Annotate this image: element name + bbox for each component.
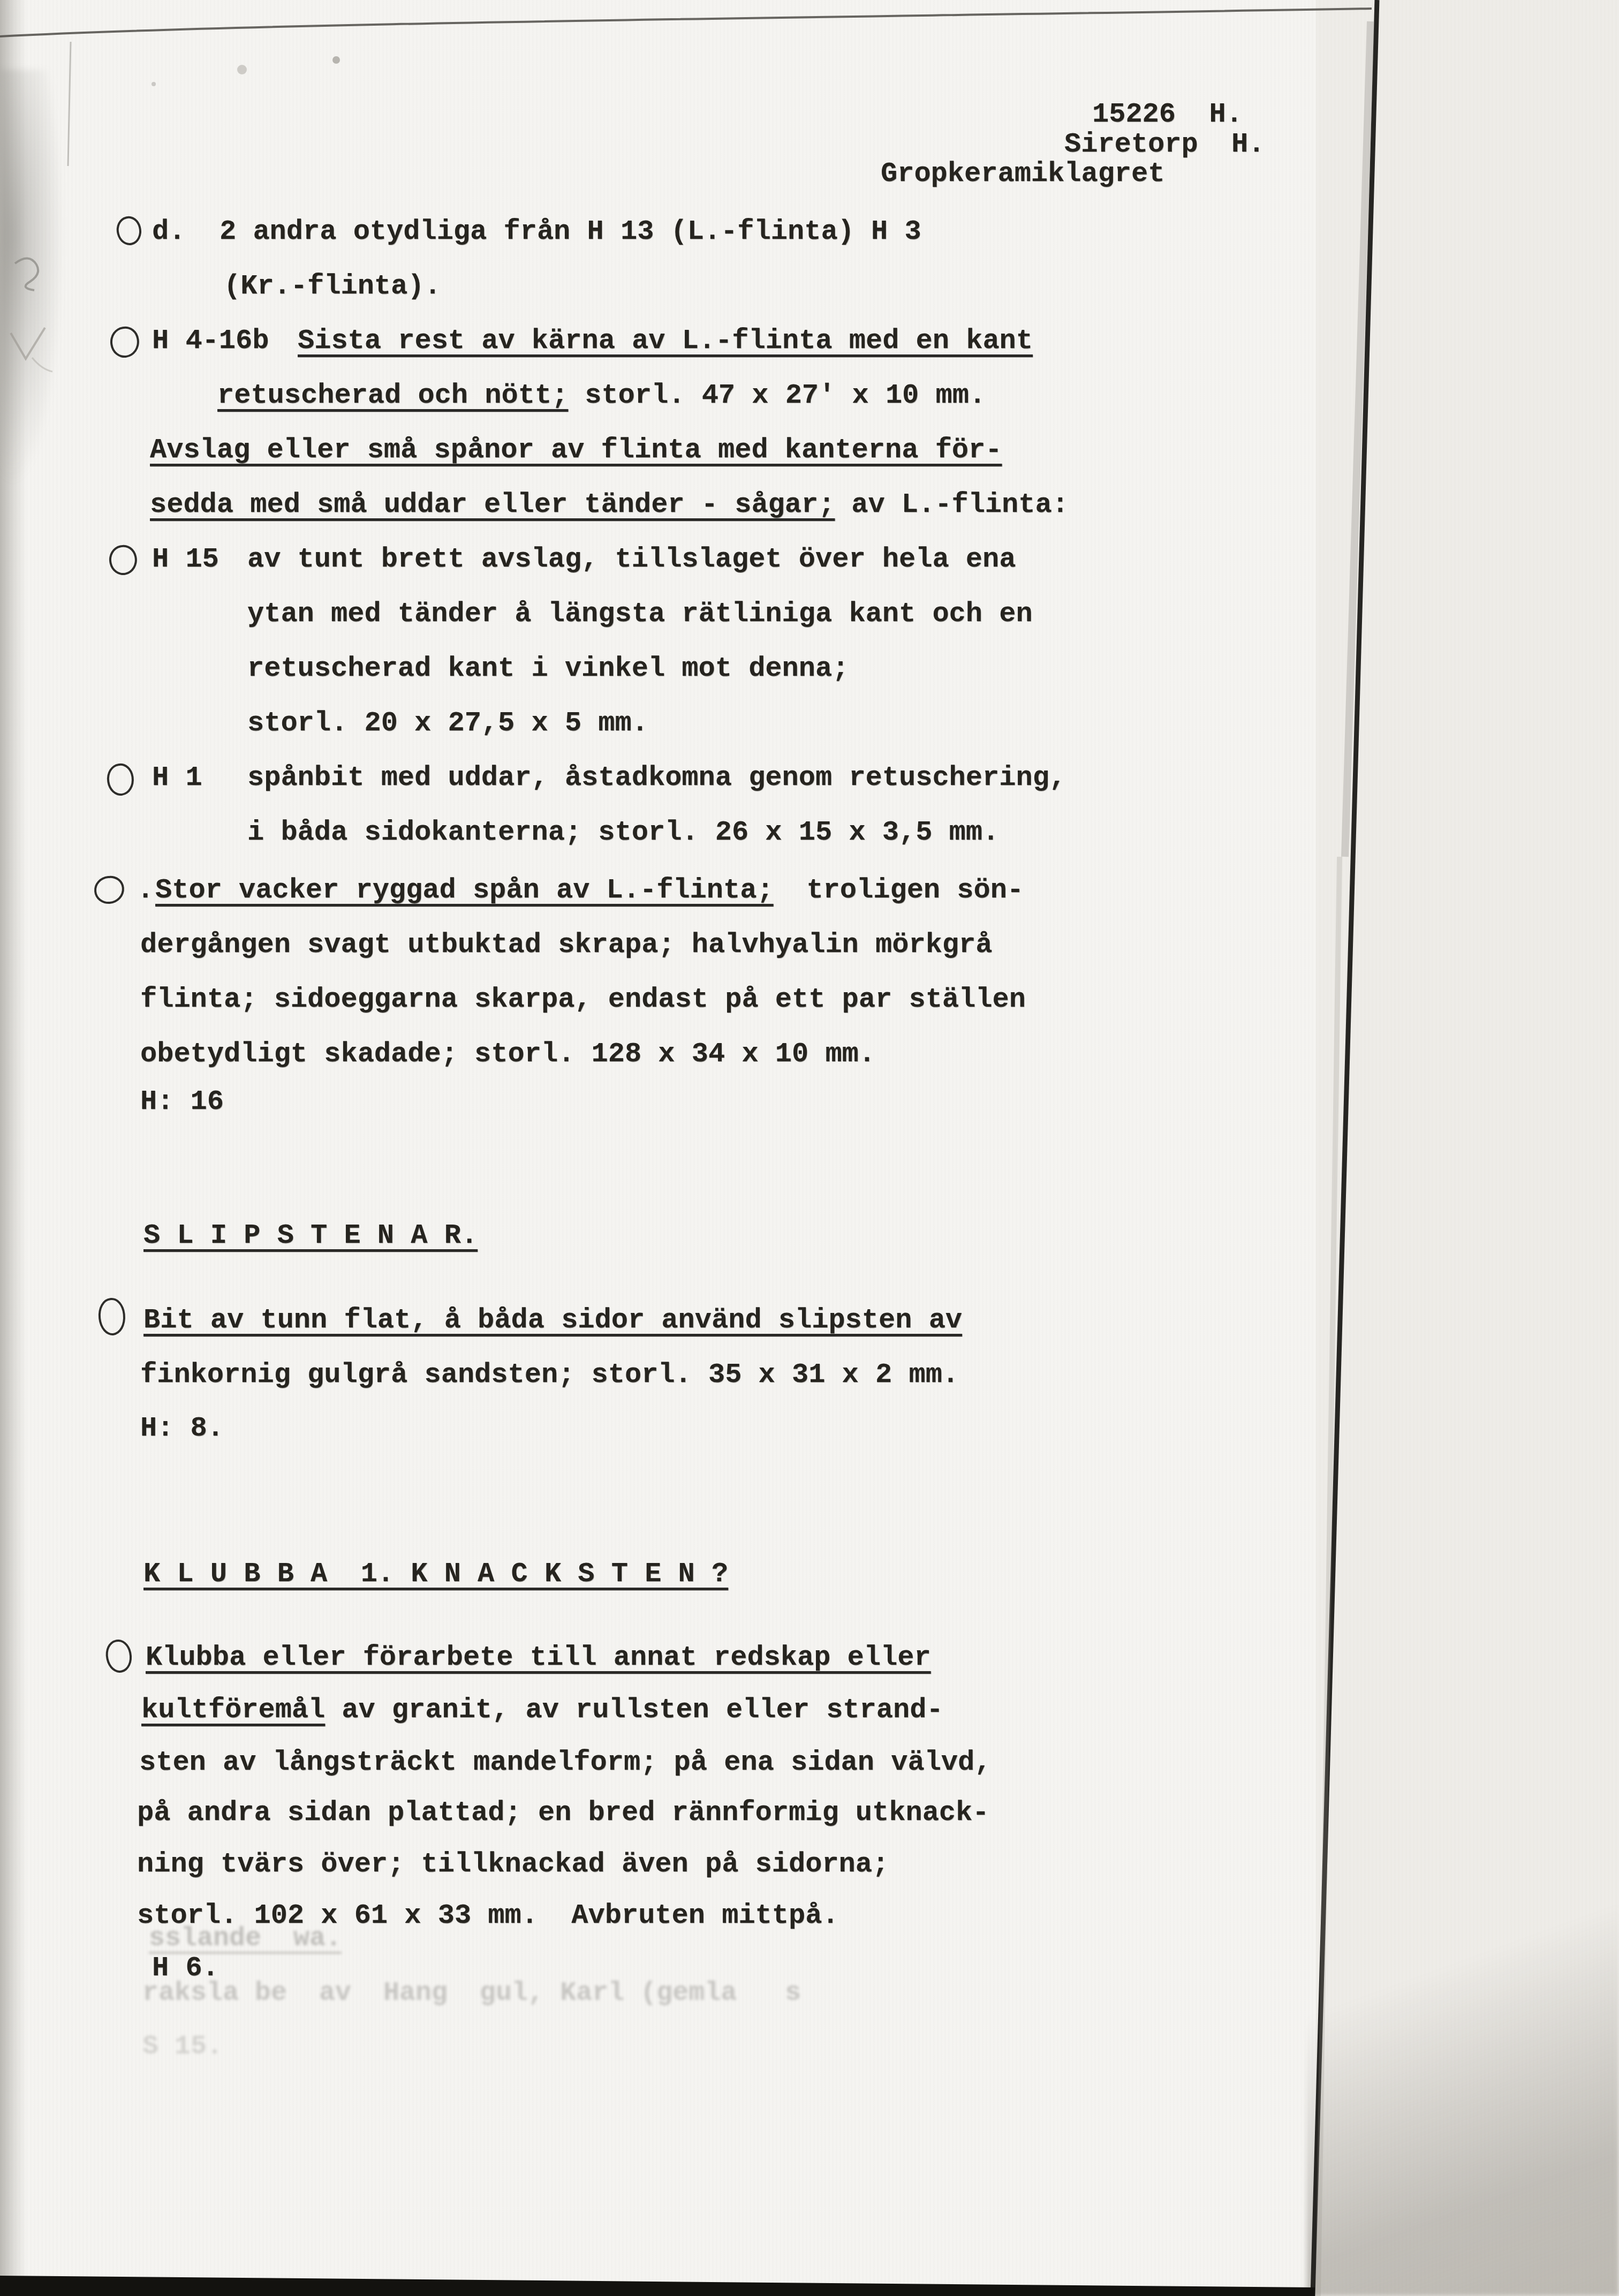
pencil-mark <box>15 258 38 290</box>
scanned-document-page: 15226 H. Siretorp H. Gropkeramiklagret d… <box>0 0 1619 2296</box>
pencil-mark <box>32 358 52 372</box>
pencil-mark <box>11 328 45 359</box>
page-right-edge-fringe <box>1318 857 1340 2296</box>
paper-speck <box>332 56 340 64</box>
paper-speck <box>152 82 156 86</box>
scan-artifacts-overlay <box>0 0 1619 2296</box>
scan-top-edge-line <box>0 9 1372 36</box>
scan-bottom-band <box>0 2276 1315 2296</box>
left-fold-line <box>68 42 71 166</box>
paper-speck <box>237 65 247 74</box>
